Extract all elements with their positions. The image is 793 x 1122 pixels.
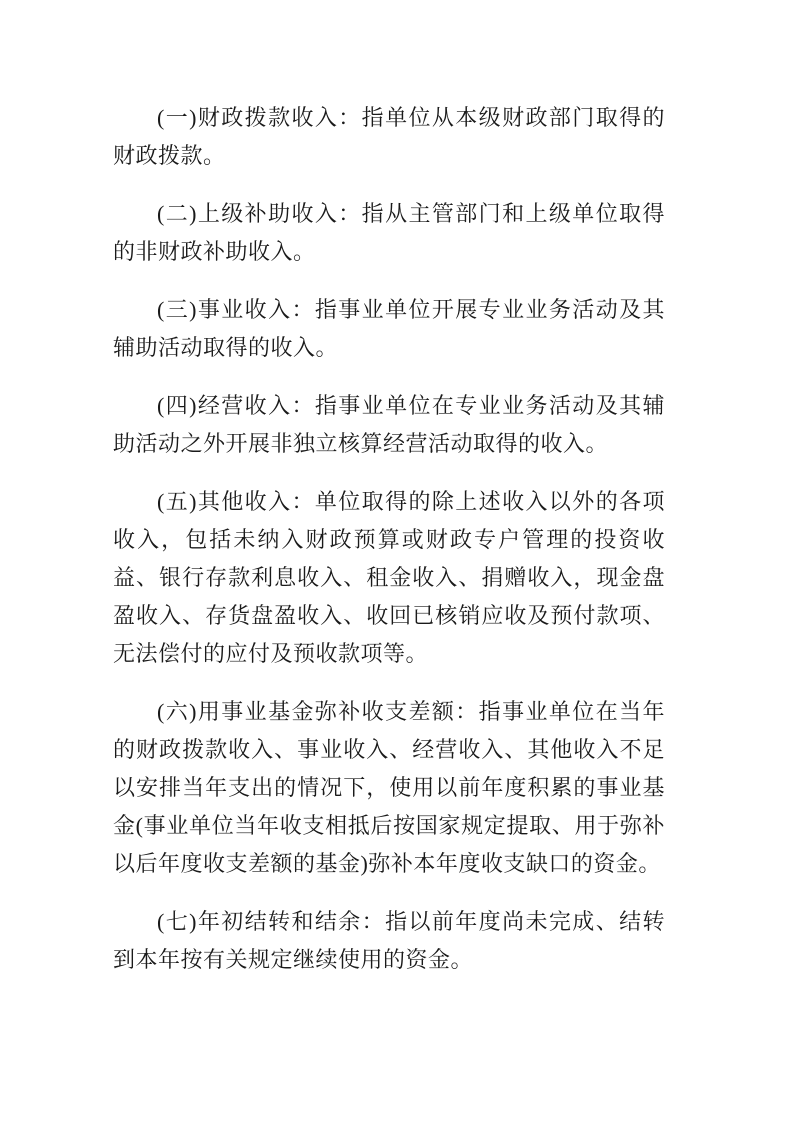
paragraph-carryover-and-surplus: (七)年初结转和结余：指以前年度尚未完成、结转到本年按有关规定继续使用的资金。 xyxy=(113,903,665,979)
paragraph-fund-deficit-coverage: (六)用事业基金弥补收支差额：指事业单位在当年的财政拨款收入、事业收入、经营收入… xyxy=(113,693,665,883)
paragraph-fiscal-appropriation-income: (一)财政拨款收入：指单位从本级财政部门取得的财政拨款。 xyxy=(113,99,665,175)
paragraph-business-income: (四)经营收入：指事业单位在专业业务活动及其辅助活动之外开展非独立核算经营活动取… xyxy=(113,387,665,463)
paragraph-superior-subsidy-income: (二)上级补助收入：指从主管部门和上级单位取得的非财政补助收入。 xyxy=(113,195,665,271)
paragraph-other-income: (五)其他收入：单位取得的除上述收入以外的各项收入，包括未纳入财政预算或财政专户… xyxy=(113,483,665,673)
document-body: (一)财政拨款收入：指单位从本级财政部门取得的财政拨款。 (二)上级补助收入：指… xyxy=(113,99,665,979)
paragraph-operational-income: (三)事业收入：指事业单位开展专业业务活动及其辅助活动取得的收入。 xyxy=(113,291,665,367)
document-page: (一)财政拨款收入：指单位从本级财政部门取得的财政拨款。 (二)上级补助收入：指… xyxy=(0,0,793,1122)
